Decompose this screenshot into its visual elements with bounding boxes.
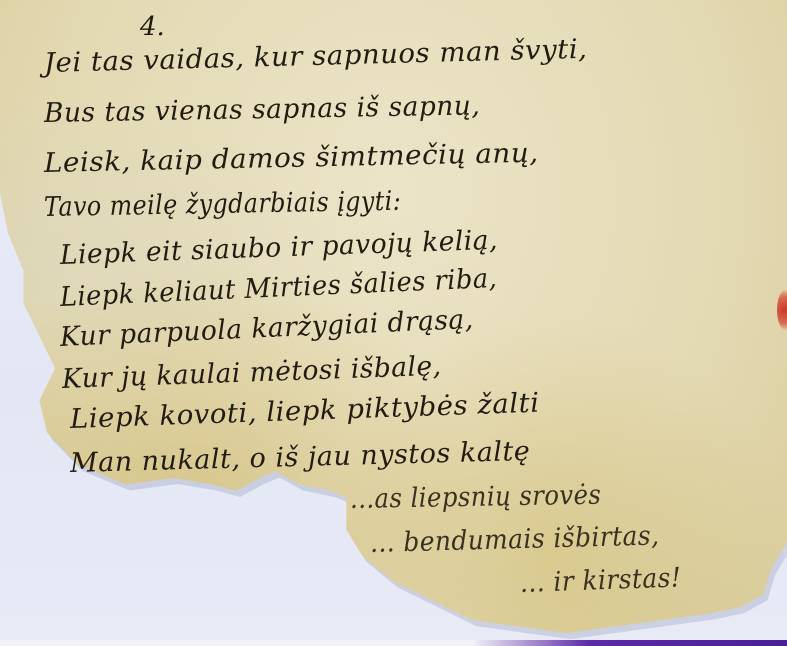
poem-line-2: Bus tas vienas sapnas iš sapnų, — [44, 90, 481, 129]
poem-line-4: Tavo meilę žygdarbiais įgyti: — [44, 186, 402, 223]
poem-line-1: Jei tas vaidas, kur sapnuos man švyti, — [44, 34, 588, 79]
manuscript-text: 4. Jei tas vaidas, kur sapnuos man švyti… — [0, 0, 787, 646]
poem-line-12: ... bendumais išbirtas, — [370, 520, 660, 559]
stanza-number: 4. — [140, 12, 165, 42]
poem-line-13: ... ir kirstas! — [519, 562, 681, 599]
poem-line-3: Leisk, kaip damos šimtmečių anų, — [44, 138, 539, 179]
poem-line-7: Kur parpuola karžygiai drąsą, — [59, 304, 474, 353]
poem-line-9: Liepk kovoti, liepk piktybės žalti — [69, 388, 540, 435]
poem-line-10: Man nukalt, o iš jau nystos kaltę — [70, 436, 531, 479]
poem-line-8: Kur jų kaulai mėtosi išbalę, — [61, 351, 442, 395]
poem-line-11: ...as liepsnių srovės — [350, 480, 602, 515]
poem-line-5: Liepk eit siaubo ir pavojų kelią, — [59, 225, 498, 271]
